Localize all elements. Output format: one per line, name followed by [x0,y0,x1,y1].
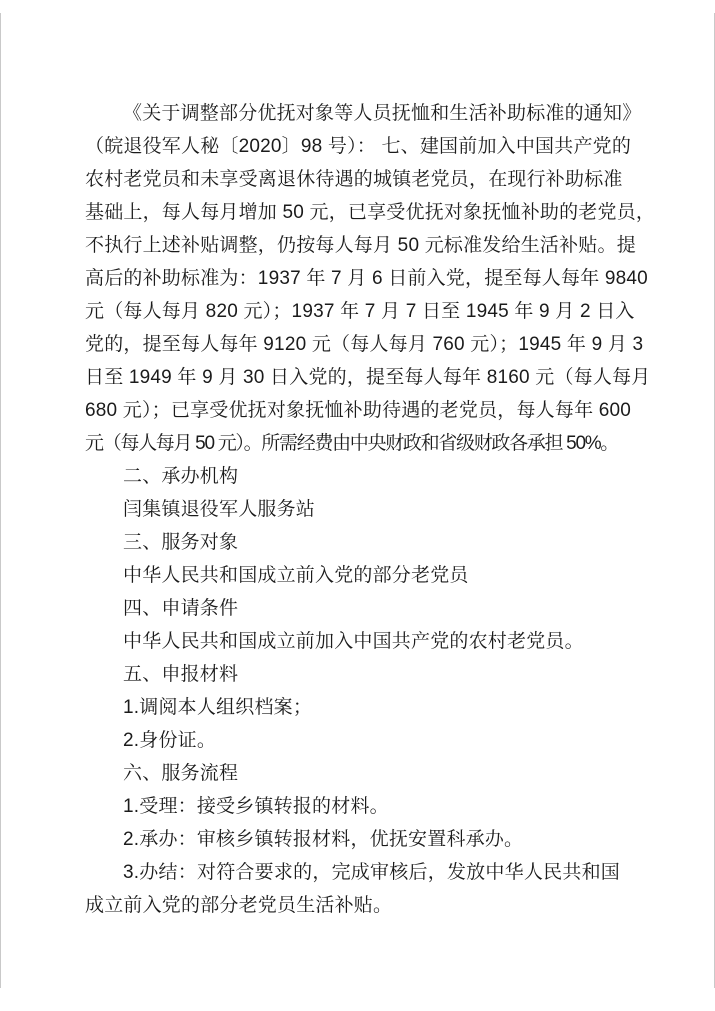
process-step-3: 3.办结：对符合要求的，完成审核后，发放中华人民共和国 [85,856,620,889]
document-page: 《关于调整部分优抚对象等人员抚恤和生活补助标准的通知》 （皖退役军人秘〔2020… [85,97,620,922]
application-conditions-text: 中华人民共和国成立前加入中国共产党的农村老党员。 [85,625,620,658]
section-heading-application-conditions: 四、申请条件 [85,592,620,625]
section-heading-materials: 五、申报材料 [85,658,620,691]
material-item-1: 1.调阅本人组织档案； [85,691,620,724]
service-target-text: 中华人民共和国成立前入党的部分老党员 [85,559,620,592]
paragraph-line: 680 元）；已享受优抚对象抚恤补助待遇的老党员，每人每年 600 [85,394,620,427]
section-heading-process: 六、服务流程 [85,757,620,790]
section-heading-organizer: 二、承办机构 [85,460,620,493]
paragraph-line: 不执行上述补贴调整，仍按每人每月 50 元标准发给生活补贴。提 [85,229,620,262]
paragraph-line: 农村老党员和未享受离退休待遇的城镇老党员，在现行补助标准 [85,163,620,196]
process-step-3-continuation: 成立前入党的部分老党员生活补贴。 [85,889,620,922]
process-step-2: 2.承办：审核乡镇转报材料，优抚安置科承办。 [85,823,620,856]
paragraph-line: 高后的补助标准为：1937 年 7 月 6 日前入党，提至每人每年 9840 [85,262,620,295]
paragraph-line: 元（每人每月 50 元）。所需经费由中央财政和省级财政各承担 50%。 [85,427,620,460]
page-edge-left [0,13,1,988]
paragraph-line: 基础上，每人每月增加 50 元，已享受优抚对象抚恤补助的老党员， [85,196,620,229]
process-step-1: 1.受理：接受乡镇转报的材料。 [85,790,620,823]
paragraph-line: （皖退役军人秘〔2020〕98 号）： 七、建国前加入中国共产党的 [85,130,620,163]
paragraph-line: 元（每人每月 820 元）；1937 年 7 月 7 日至 1945 年 9 月… [85,295,620,328]
organizer-name: 闫集镇退役军人服务站 [85,493,620,526]
section-heading-service-target: 三、服务对象 [85,526,620,559]
paragraph-line: 党的，提至每人每年 9120 元（每人每月 760 元）；1945 年 9 月 … [85,328,620,361]
paragraph-line: 日至 1949 年 9 月 30 日入党的，提至每人每年 8160 元（每人每月 [85,361,620,394]
notice-title-line: 《关于调整部分优抚对象等人员抚恤和生活补助标准的通知》 [85,97,620,130]
material-item-2: 2.身份证。 [85,724,620,757]
